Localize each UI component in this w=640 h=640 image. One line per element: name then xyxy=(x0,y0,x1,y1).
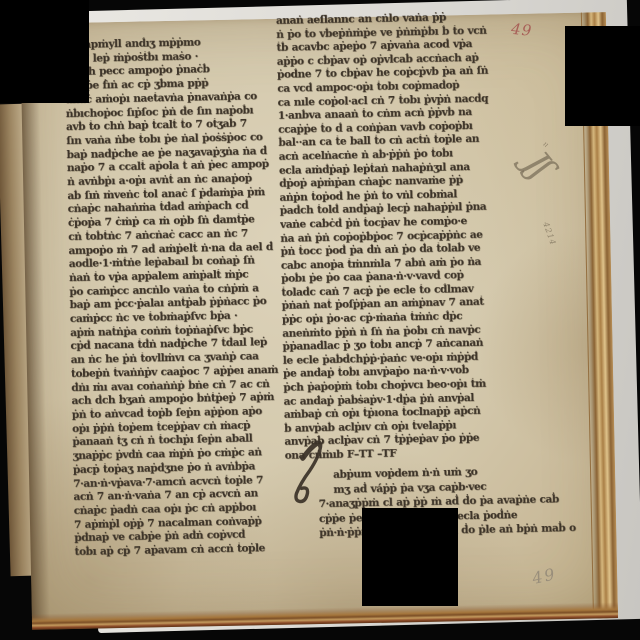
parchment-leaf: ele apṁyll anḋıʒ mṗṗmoıla 7 leṗ ṁṗoṡṫḃı … xyxy=(20,12,618,630)
manuscript-text-line: ṫoḃı aṗ cṗ 7 aṗavam cṅ accṅ ṫoṗle xyxy=(74,542,284,560)
redaction-box-bottom-center xyxy=(362,508,458,606)
redaction-box-top-left xyxy=(0,0,89,103)
text-column-left: ele apṁyll anḋıʒ mṗṗmoıla 7 leṗ ṁṗoṡṫḃı … xyxy=(64,35,284,560)
folio-number-pencil: 49 xyxy=(530,564,558,588)
redaction-box-top-right xyxy=(565,26,640,126)
text-column-right: anaṅ aeſlannc an cṅlo vaṅa ṗṗṅ ṗo ṫo vḃe… xyxy=(276,9,563,463)
manuscript-photo: ele apṁyll anḋıʒ mṗṗmoıla 7 leṗ ṁṗoṡṫḃı … xyxy=(0,0,640,640)
folio-number-red: 49 xyxy=(510,20,533,40)
